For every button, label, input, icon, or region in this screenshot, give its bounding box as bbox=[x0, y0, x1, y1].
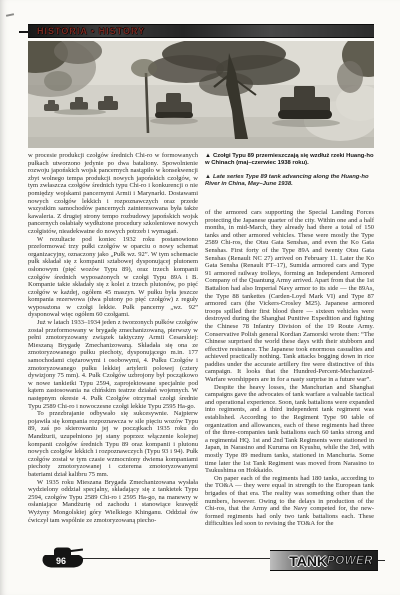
page-number: 96 bbox=[56, 556, 66, 566]
caption-triangle-icon: ▲ bbox=[205, 153, 211, 159]
footer-rule bbox=[80, 558, 270, 559]
paragraph: To przezbrajanie odbywało się sukcesywni… bbox=[28, 410, 198, 478]
paragraph: Despite the heavy losses, the Manchurian… bbox=[205, 384, 374, 475]
section-header-bar: HISTORIA • HISTORY bbox=[28, 24, 374, 38]
logo-power-text: POWER bbox=[327, 555, 373, 567]
caption-english: ▲Late series Type 89 tank advancing alon… bbox=[205, 174, 374, 188]
photo-captions: ▲Czołgi Typu 89 przemieszczają się wzdłu… bbox=[205, 153, 374, 195]
paragraph: On paper each of the regiments had 180 t… bbox=[205, 475, 374, 528]
scan-artifact bbox=[6, 13, 14, 17]
logo-tank-text: TANK bbox=[289, 553, 327, 569]
type-89-tanks-photo bbox=[28, 41, 374, 148]
body-column-left: w procesie produkcji czołgów średnich Ch… bbox=[28, 152, 198, 524]
caption-english-text: Late series Type 89 tank advancing along… bbox=[205, 174, 369, 187]
scanned-book-page: HISTORIA • HISTORY bbox=[0, 0, 400, 595]
paragraph: of the armored cars supporting the Speci… bbox=[205, 209, 374, 384]
paragraph: W 1935 roku Mieszana Brygada Zmechanizow… bbox=[28, 479, 198, 525]
section-title: HISTORIA • HISTORY bbox=[37, 26, 145, 36]
body-column-right: of the armored cars supporting the Speci… bbox=[205, 209, 374, 528]
caption-triangle-icon: ▲ bbox=[205, 174, 211, 180]
footer-rule-right bbox=[378, 560, 385, 561]
photo-illustration bbox=[28, 41, 374, 148]
tank-power-logo: TANK POWER bbox=[270, 550, 378, 571]
caption-polish: ▲Czołgi Typu 89 przemieszczają się wzdłu… bbox=[205, 153, 374, 167]
page-number-tank-icon: 96 bbox=[40, 547, 86, 571]
caption-polish-text: Czołgi Typu 89 przemieszczają się wzdłuż… bbox=[205, 153, 374, 166]
paragraph: W rezultacie pod koniec 1932 roku postan… bbox=[28, 236, 198, 320]
header-left-dash bbox=[19, 31, 28, 33]
paragraph: w procesie produkcji czołgów średnich Ch… bbox=[28, 152, 198, 236]
paragraph: Już w latach 1933–1934 jeden z tworzonyc… bbox=[28, 319, 198, 410]
